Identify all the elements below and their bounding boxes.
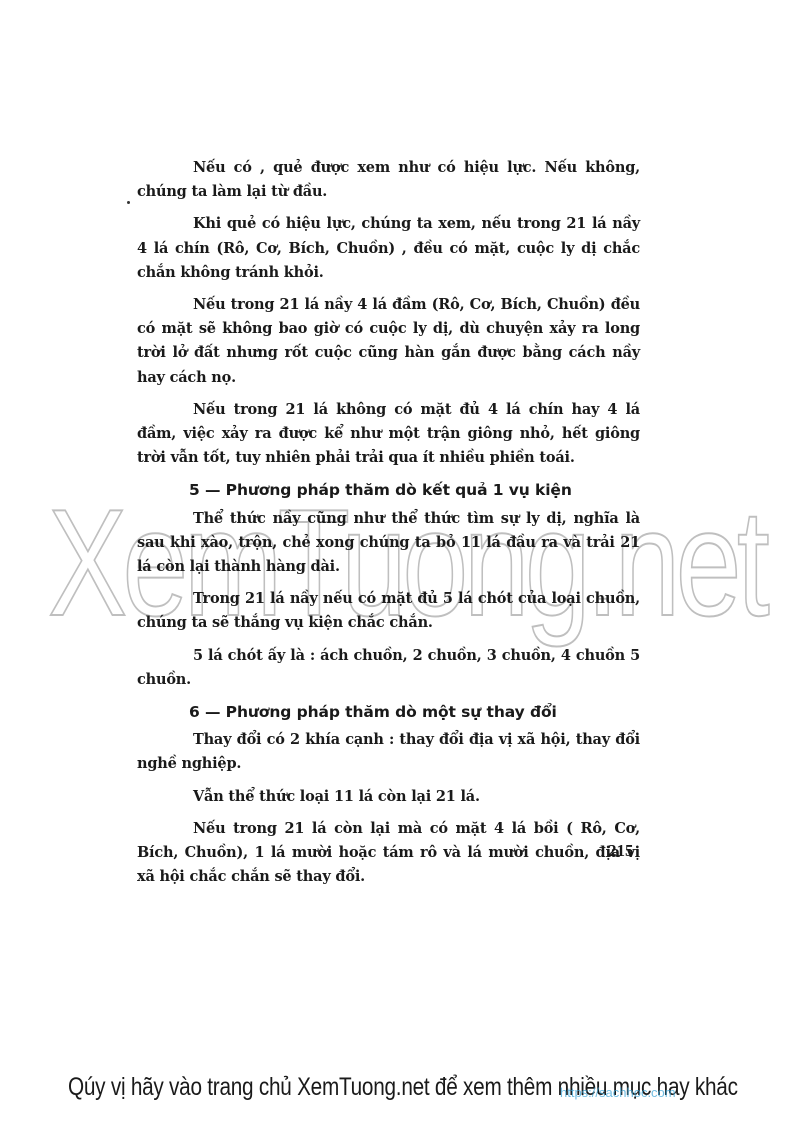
book-page-body: Nếu có , quẻ được xem như có hiệu lực. N… — [137, 156, 640, 897]
section-heading-5: 5 — Phương pháp thăm dò kết quả 1 vụ kiệ… — [189, 478, 640, 502]
page-number: 215 — [608, 841, 634, 861]
paragraph: Khi quẻ có hiệu lực, chúng ta xem, nếu t… — [137, 212, 640, 285]
paragraph: Trong 21 lá nầy nếu có mặt đủ 5 lá chót … — [137, 587, 640, 635]
paragraph: Nếu có , quẻ được xem như có hiệu lực. N… — [137, 156, 640, 204]
section-heading-6: 6 — Phương pháp thăm dò một sự thay đổi — [189, 700, 640, 724]
paragraph: Vẫn thể thức loại 11 lá còn lại 21 lá. — [137, 785, 640, 809]
scan-speck — [127, 201, 130, 204]
footer-overlay-link[interactable]: https://sachhoc.com — [560, 1085, 676, 1100]
paragraph: Nếu trong 21 lá nầy 4 lá đầm (Rô, Cơ, Bí… — [137, 293, 640, 390]
paragraph: Thể thức nầy cũng như thể thức tìm sự ly… — [137, 507, 640, 580]
paragraph: Thay đổi có 2 khía cạnh : thay đổi địa v… — [137, 728, 640, 776]
paragraph: Nếu trong 21 lá còn lại mà có mặt 4 lá b… — [137, 817, 640, 890]
paragraph: Nếu trong 21 lá không có mặt đủ 4 lá chí… — [137, 398, 640, 471]
paragraph: 5 lá chót ấy là : ách chuồn, 2 chuồn, 3 … — [137, 644, 640, 692]
